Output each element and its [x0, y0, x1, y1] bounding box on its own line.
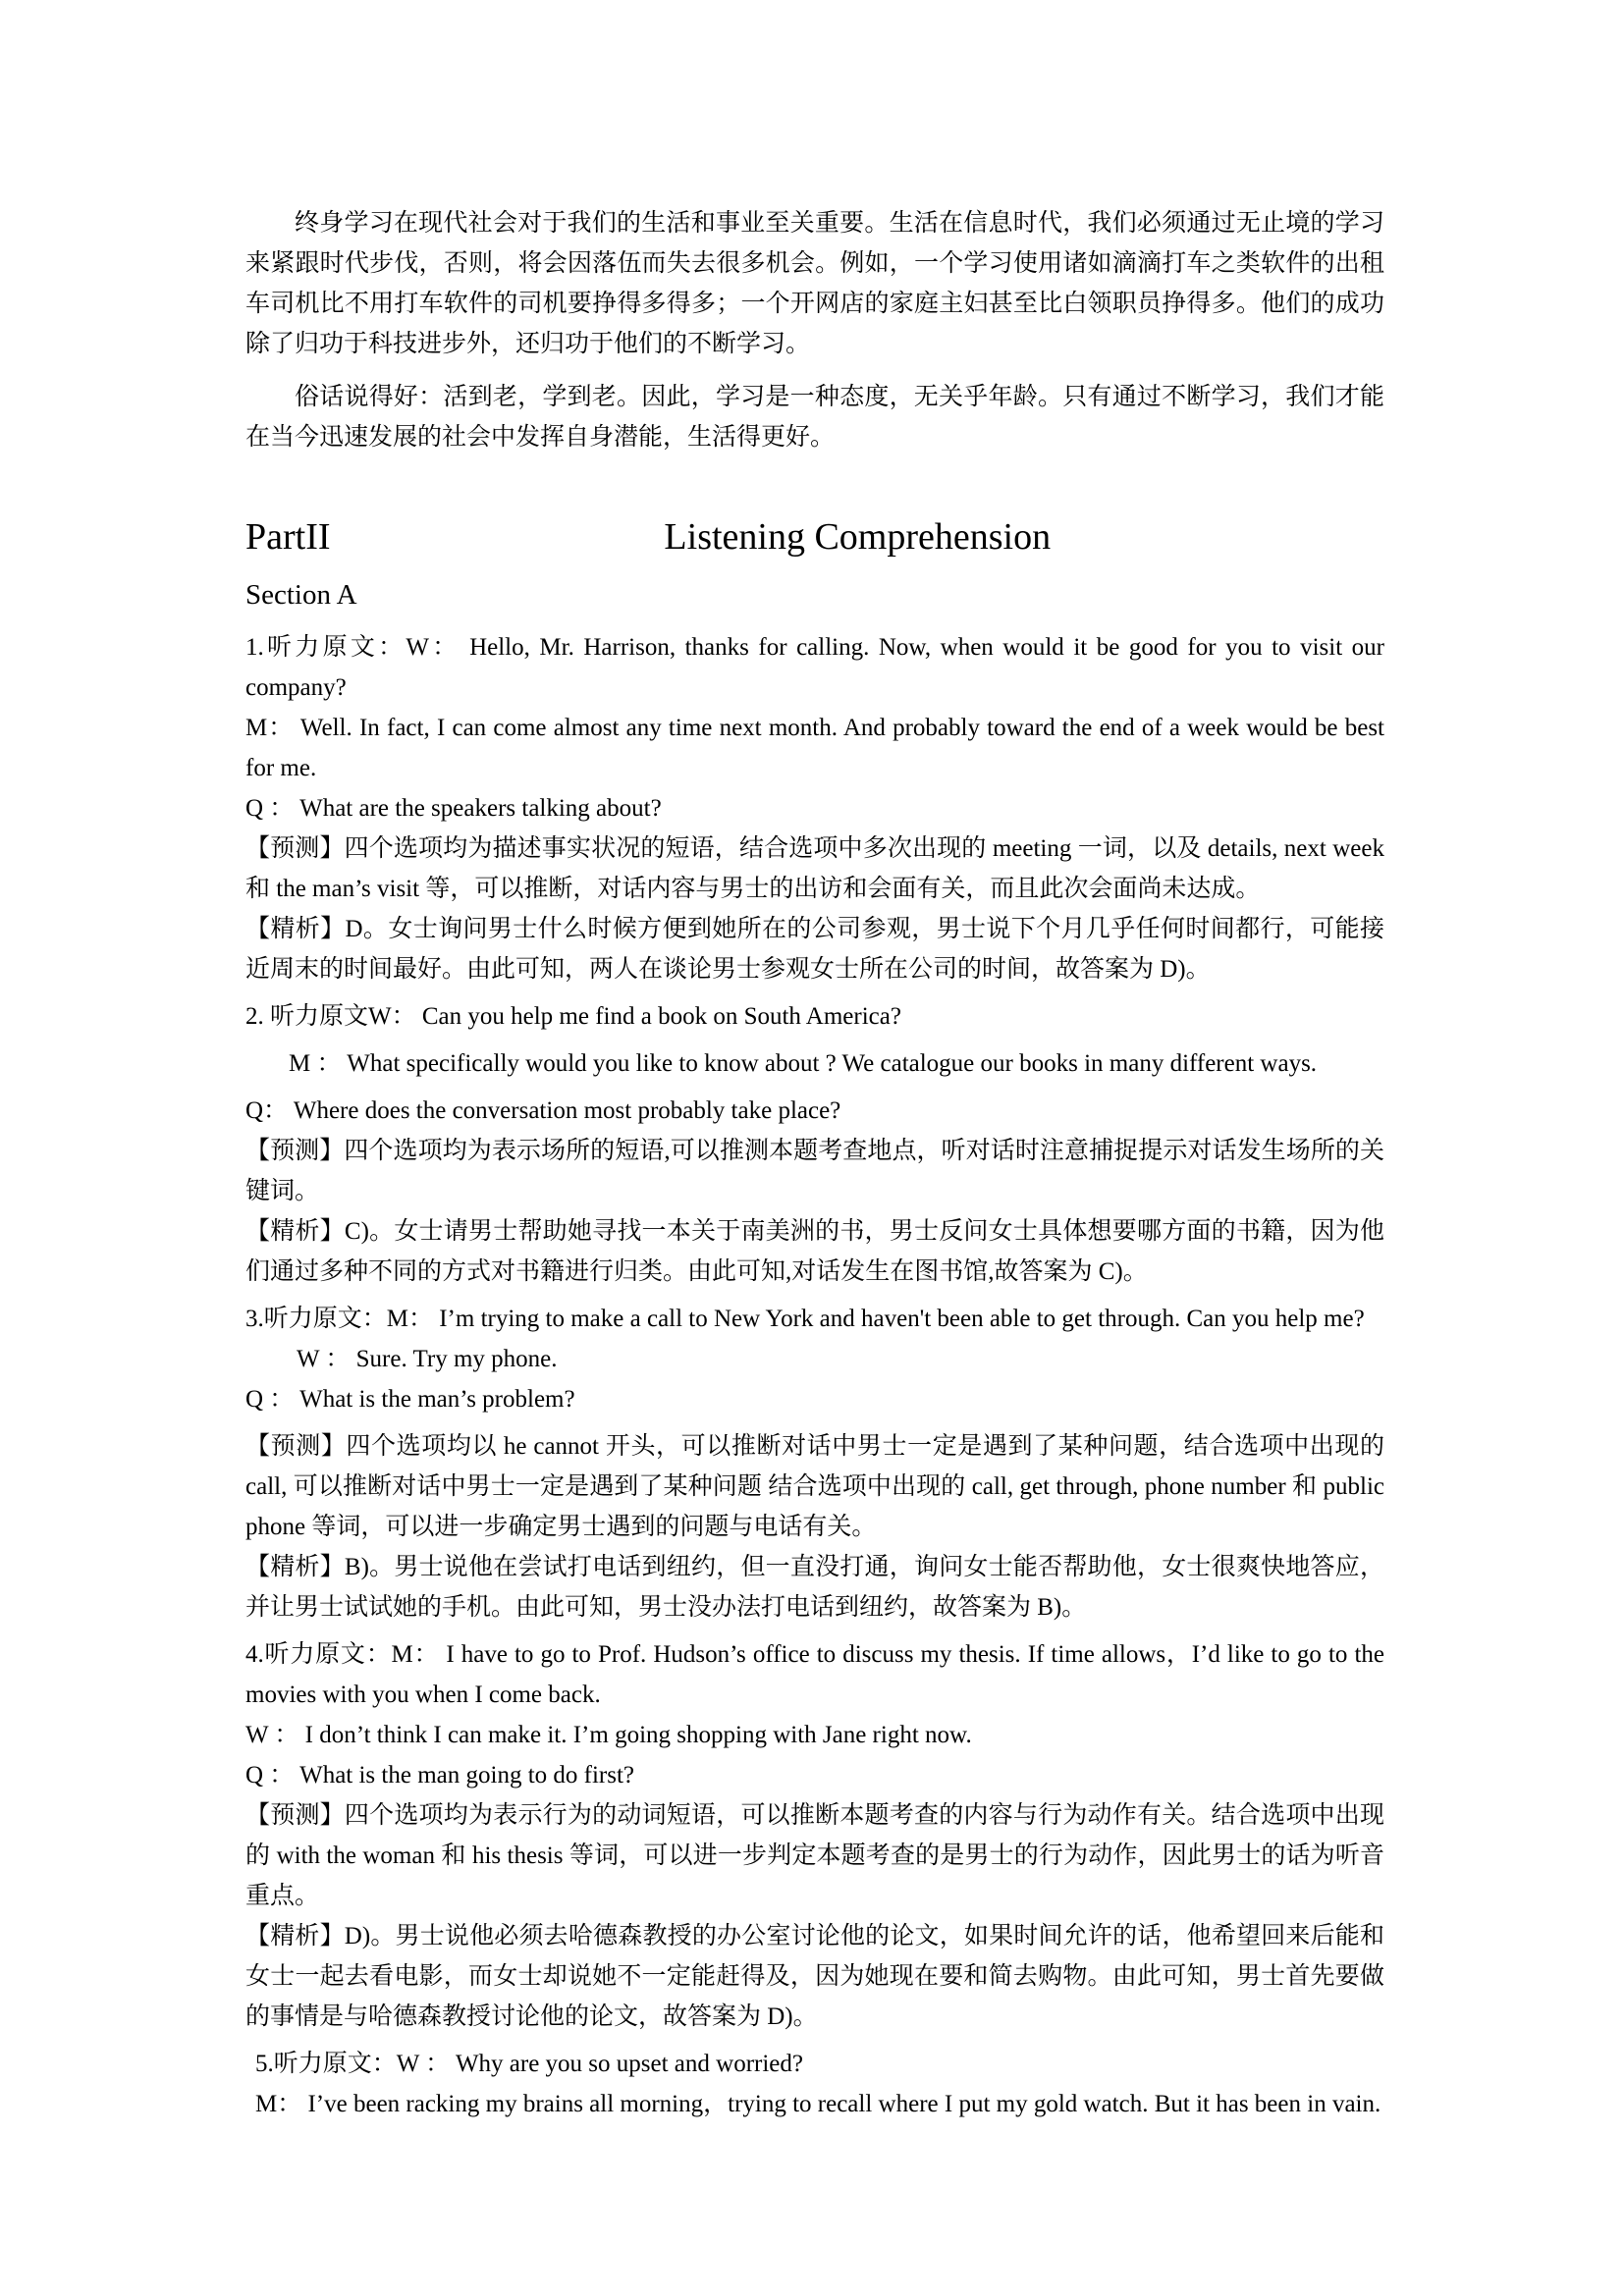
- item-paragraph: 5.听力原文：W ： Why are you so upset and worr…: [245, 2044, 1384, 2084]
- item-paragraph: 1.听力原文：W： Hello, Mr. Harrison, thanks fo…: [245, 627, 1384, 708]
- answer-explanations: 1.听力原文：W： Hello, Mr. Harrison, thanks fo…: [245, 627, 1384, 2124]
- part-label: PartII: [245, 511, 331, 562]
- item-paragraph: 【精析】D)。男士说他必须去哈德森教授的办公室讨论他的论文，如果时间允许的话，他…: [245, 1916, 1384, 2037]
- item-paragraph: 2. 听力原文W： Can you help me find a book on…: [245, 996, 1384, 1037]
- part-heading: PartII Listening Comprehension: [245, 511, 1384, 562]
- item-paragraph: M ： What specifically would you like to …: [245, 1043, 1384, 1084]
- document-content: 终身学习在现代社会对于我们的生活和事业至关重要。生活在信息时代，我们必须通过无止…: [245, 203, 1384, 2124]
- item-paragraph: W ： Sure. Try my phone.: [245, 1339, 1384, 1379]
- item-paragraph: Q ： What is the man’s problem?: [245, 1379, 1384, 1419]
- part-title: Listening Comprehension: [331, 511, 1384, 562]
- item-paragraph: 【预测】四个选项均为表示行为的动词短语，可以推断本题考查的内容与行为动作有关。结…: [245, 1795, 1384, 1916]
- item-paragraph: 【精析】B)。男士说他在尝试打电话到纽约，但一直没打通，询问女士能否帮助他，女士…: [245, 1547, 1384, 1628]
- item-paragraph: W ： I don’t think I can make it. I’m goi…: [245, 1715, 1384, 1755]
- item-paragraph: 【预测】四个选项均以 he cannot 开头，可以推断对话中男士一定是遇到了某…: [245, 1426, 1384, 1547]
- item-paragraph: 【预测】四个选项均为描述事实状况的短语，结合选项中多次出现的 meeting 一…: [245, 828, 1384, 909]
- document-page: 终身学习在现代社会对于我们的生活和事业至关重要。生活在信息时代，我们必须通过无止…: [0, 0, 1624, 2296]
- item-paragraph: 【预测】四个选项均为表示场所的短语,可以推测本题考查地点，听对话时注意捕捉提示对…: [245, 1131, 1384, 1211]
- item-paragraph: M： I’ve been racking my brains all morni…: [245, 2084, 1384, 2124]
- intro-paragraph-1: 终身学习在现代社会对于我们的生活和事业至关重要。生活在信息时代，我们必须通过无止…: [245, 203, 1384, 364]
- item-paragraph: 4.听力原文：M： I have to go to Prof. Hudson’s…: [245, 1634, 1384, 1715]
- item-paragraph: M： Well. In fact, I can come almost any …: [245, 708, 1384, 788]
- item-paragraph: Q： Where does the conversation most prob…: [245, 1091, 1384, 1131]
- item-paragraph: 【精析】C)。女士请男士帮助她寻找一本关于南美洲的书，男士反问女士具体想要哪方面…: [245, 1211, 1384, 1292]
- item-paragraph: Q ： What is the man going to do first?: [245, 1755, 1384, 1795]
- item-paragraph: 【精析】D。女士询问男士什么时候方便到她所在的公司参观，男士说下个月几乎任何时间…: [245, 909, 1384, 989]
- intro-paragraph-2: 俗话说得好：活到老，学到老。因此，学习是一种态度，无关乎年龄。只有通过不断学习，…: [245, 377, 1384, 457]
- section-label: Section A: [245, 572, 1384, 617]
- item-paragraph: 3.听力原文：M： I’m trying to make a call to N…: [245, 1299, 1384, 1339]
- item-paragraph: Q ： What are the speakers talking about?: [245, 788, 1384, 828]
